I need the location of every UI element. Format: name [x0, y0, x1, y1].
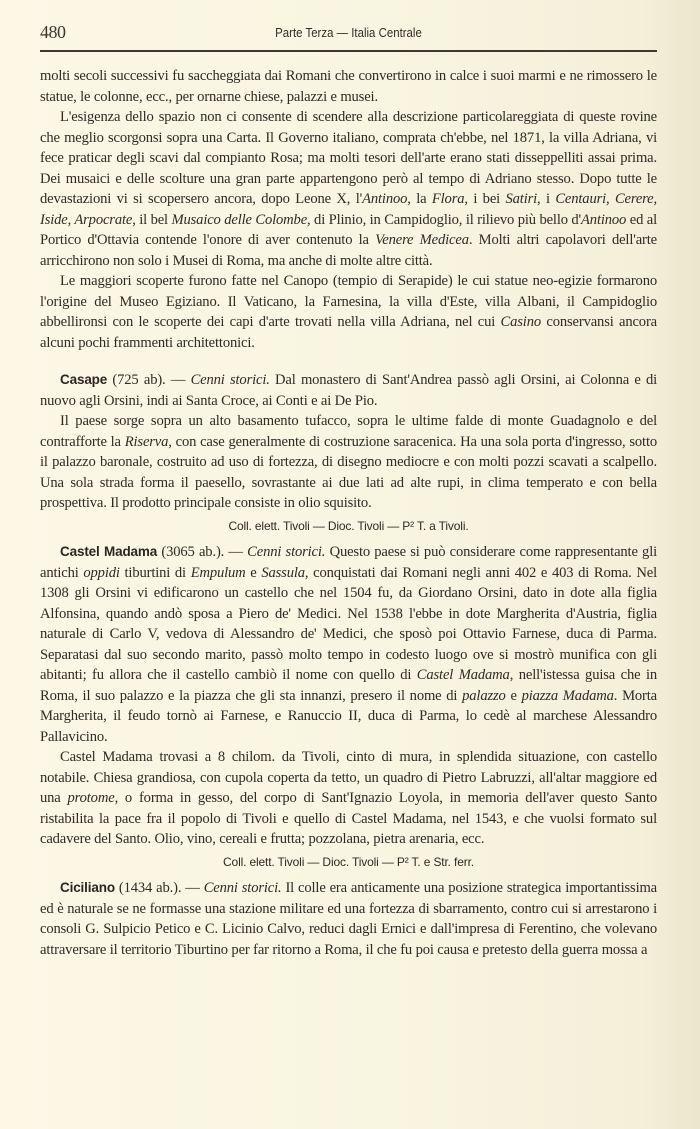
- section-label: Cenni storici.: [247, 544, 325, 560]
- running-head: Parte Terza — Italia Centrale: [77, 25, 620, 40]
- entry-title: Castel Madama: [60, 544, 157, 559]
- paragraph: Il paese sorge sopra un alto basamento t…: [40, 411, 657, 514]
- header-rule: [40, 50, 657, 52]
- entry-title: Ciciliano: [60, 880, 115, 895]
- page-header: 480 Parte Terza — Italia Centrale: [40, 22, 657, 46]
- entry-ciciliano: Ciciliano (1434 ab.). — Cenni storici. I…: [40, 878, 657, 960]
- entry-title: Casape: [60, 372, 107, 387]
- body-text: molti secoli successivi fu saccheggiata …: [40, 66, 657, 960]
- reference-line: Coll. elett. Tivoli — Dioc. Tivoli — P² …: [40, 852, 657, 873]
- section-label: Cenni storici.: [191, 372, 270, 388]
- paragraph: Le maggiori scoperte furono fatte nel Ca…: [40, 271, 657, 353]
- reference-line: Coll. elett. Tivoli — Dioc. Tivoli — P² …: [40, 516, 657, 537]
- page-number: 480: [40, 22, 66, 43]
- book-page: 480 Parte Terza — Italia Centrale molti …: [0, 0, 700, 1129]
- entry-castel-madama: Castel Madama (3065 ab.). — Cenni storic…: [40, 542, 657, 747]
- entry-casape: Casape (725 ab). — Cenni storici. Dal mo…: [40, 370, 657, 411]
- section-label: Cenni storici.: [204, 880, 282, 896]
- paragraph: L'esigenza dello spazio non ci consente …: [40, 107, 657, 271]
- paragraph: molti secoli successivi fu saccheggiata …: [40, 66, 657, 107]
- paragraph: Castel Madama trovasi a 8 chilom. da Tiv…: [40, 747, 657, 850]
